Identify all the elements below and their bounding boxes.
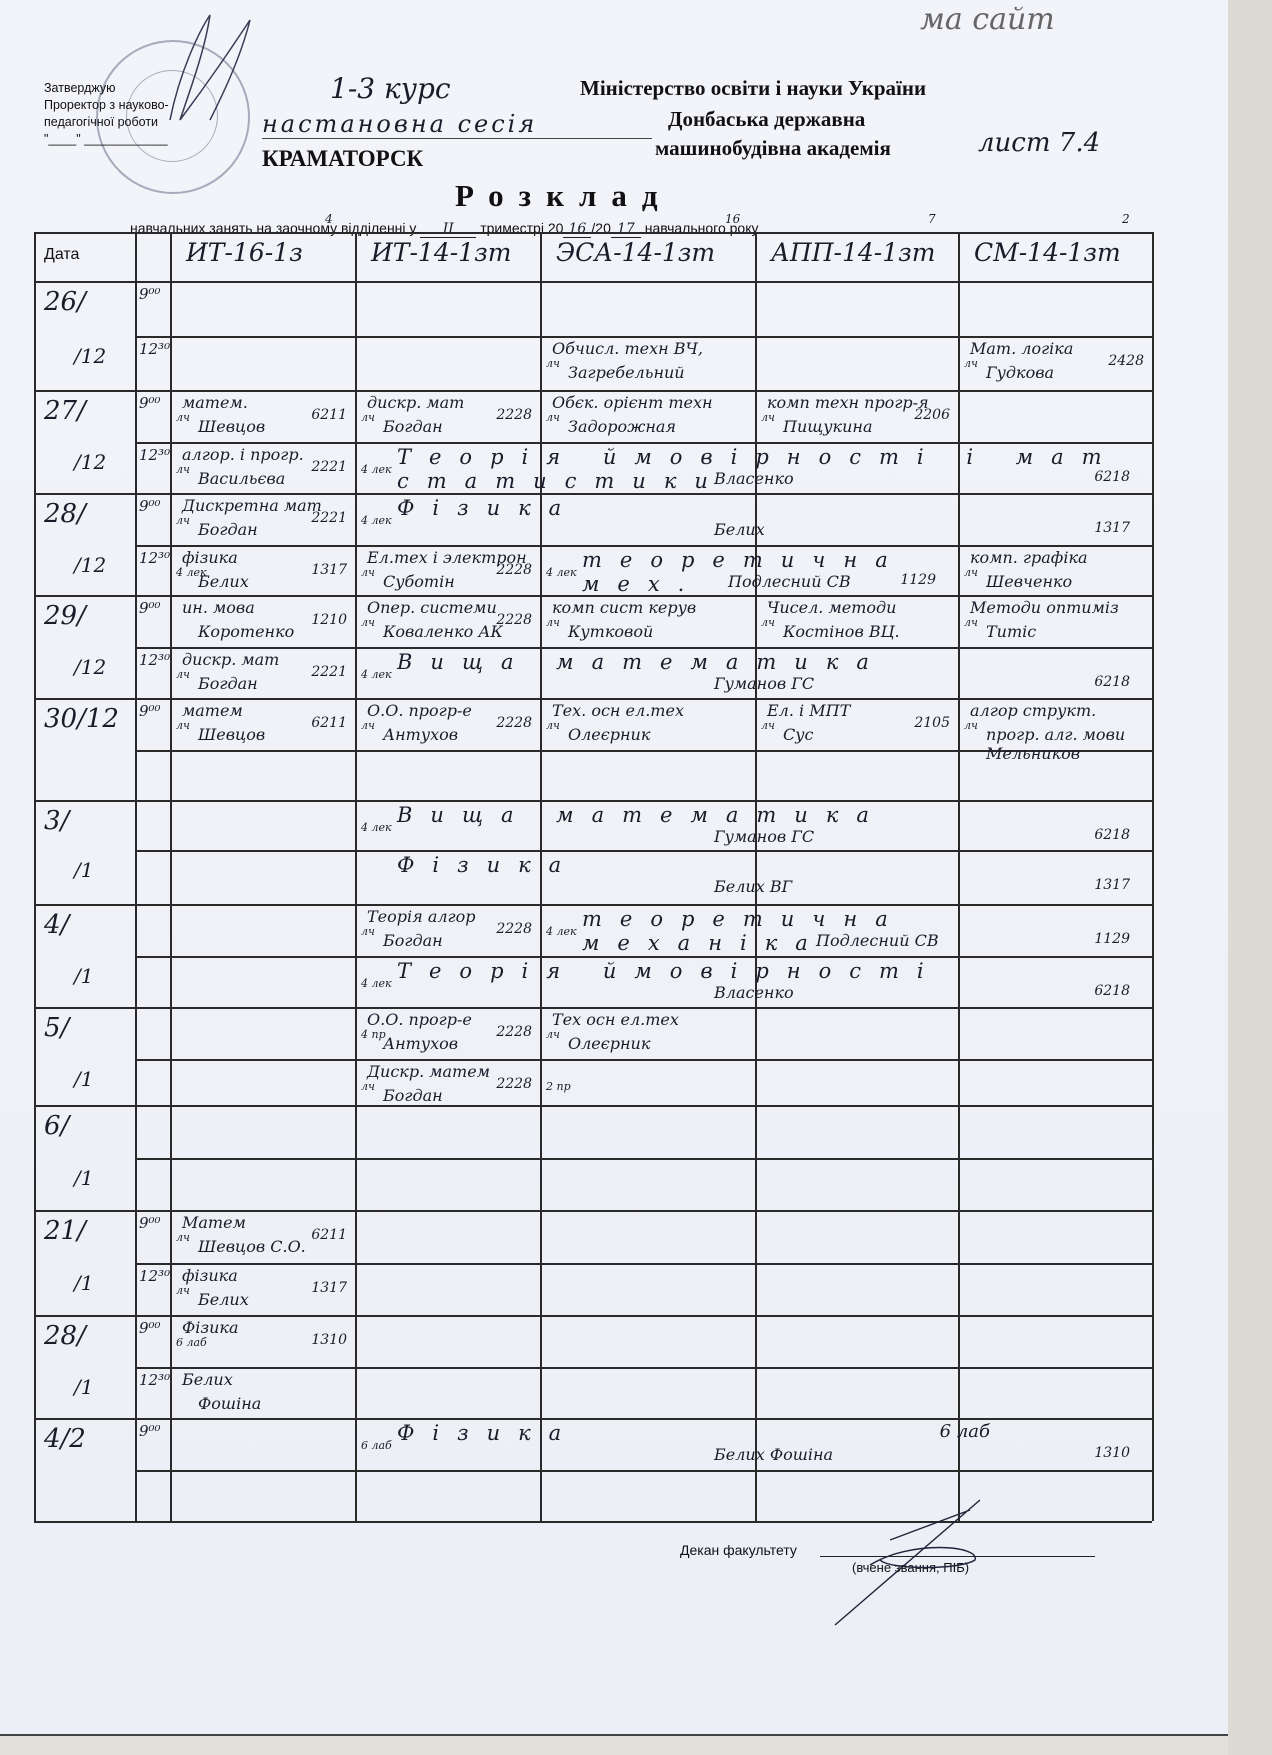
date-cell: 26/ <box>44 287 86 317</box>
approval-line4: "____" ____________ <box>44 131 169 148</box>
entry-teacher: Богдан <box>383 931 443 950</box>
time-slot: 9⁰⁰ <box>139 394 161 412</box>
entry-room: 1317 <box>1094 877 1130 893</box>
entry-type: лч <box>761 719 775 732</box>
entry-teacher: Коваленко АК <box>383 622 503 641</box>
entry-subject: Фізика <box>397 496 579 520</box>
entry-type: лч <box>176 668 190 681</box>
date-cell: 5/ <box>44 1013 69 1043</box>
entry-teacher: Кутковой <box>568 622 653 641</box>
entry-room: 2228 <box>496 1076 532 1092</box>
header-group: СМ-14-1зт <box>974 238 1121 267</box>
entry-teacher: Костінов ВЦ. <box>783 622 900 641</box>
entry-teacher: Антухов <box>383 1034 458 1053</box>
entry-room: 6218 <box>1094 674 1130 690</box>
entry-room: 1310 <box>311 1332 347 1348</box>
row-divider <box>34 1105 1152 1107</box>
entry-teacher: Фошіна <box>198 1394 261 1413</box>
entry-type: 4 лек <box>546 566 577 579</box>
entry-room: 2228 <box>496 1024 532 1040</box>
entry-subject: фізика <box>182 1266 238 1285</box>
entry-subject: Фізика <box>397 1421 579 1445</box>
entry-type: лч <box>546 719 560 732</box>
date-cell: 4/ <box>44 910 69 940</box>
entry-teacher: Подлесний СВ <box>816 931 939 950</box>
schedule-entry[interactable]: алгор. і прогр.лчВасильєва2221 <box>172 443 353 492</box>
entry-room: 2206 <box>914 407 950 423</box>
time-slot: 12³⁰ <box>139 340 170 358</box>
header-group: ИТ-14-1зт <box>371 238 511 267</box>
entry-teacher: Гуманов ГС <box>714 674 814 693</box>
academy-line1: Донбаська державна <box>668 107 865 132</box>
entry-teacher: Олеєрник <box>568 1034 650 1053</box>
entry-type: лч <box>964 616 978 629</box>
entry-subject: комп сист керув <box>552 598 696 617</box>
schedule-entry[interactable]: Фізика6 лаб1310 <box>172 1316 353 1366</box>
entry-teacher: Шевцов <box>198 417 265 436</box>
schedule-entry[interactable]: Дискр. матемлчБогдан2228 <box>357 1060 538 1104</box>
time-slot: 9⁰⁰ <box>139 1214 161 1232</box>
entry-subject: Чисел. методи <box>767 598 896 617</box>
entry-subject: Тех осн ел.тех <box>552 1010 679 1029</box>
entry-room: 2221 <box>311 459 347 475</box>
schedule-entry[interactable]: фізика4 лекБелих1317 <box>172 546 353 594</box>
entry-subject: Вища математика <box>397 803 887 827</box>
approval-line1: Затверджую <box>44 80 169 97</box>
entry-teacher: Богдан <box>198 674 258 693</box>
scan-edge <box>1228 0 1272 1755</box>
entry-subject: Матем <box>182 1213 246 1232</box>
entry-type: лч <box>546 357 560 370</box>
schedule-entry[interactable]: матемлчШевцов6211 <box>172 699 353 749</box>
schedule-entry[interactable]: Фізика4 лекБелих1317 <box>357 494 1150 544</box>
entry-subject: Ел. і МПТ <box>767 701 850 720</box>
time-slot: 12³⁰ <box>139 1371 170 1389</box>
entry-room: 2228 <box>496 612 532 628</box>
entry-room: 6211 <box>311 1227 347 1243</box>
time-slot: 9⁰⁰ <box>139 285 161 303</box>
entry-teacher: Пищукина <box>783 417 873 436</box>
schedule-entry[interactable]: Тех осн ел.техлчОлеєрник <box>542 1008 753 1058</box>
schedule-entry[interactable]: теоретична мех.4 лекПодлесний СВ1129 <box>542 546 956 594</box>
schedule-entry[interactable]: Теорія ймовірності і мат статистики4 лек… <box>357 443 1150 492</box>
entry-room: 1317 <box>311 562 347 578</box>
entry-subject: Методи оптиміз <box>970 598 1119 617</box>
entry-type: лч <box>964 566 978 579</box>
entry-type: лч <box>176 411 190 424</box>
schedule-entry[interactable]: О.О. прогр-елчАнтухов2228 <box>357 699 538 749</box>
schedule-entry[interactable]: комп техн прогр-ялчПищукина2206 <box>757 391 956 441</box>
entry-teacher: Белих <box>714 520 765 539</box>
schedule-entry[interactable]: ин. моваКоротенко1210 <box>172 596 353 646</box>
date-cell: 6/ <box>44 1111 69 1141</box>
entry-subject: Мат. логіка <box>970 339 1073 358</box>
entry-teacher: Коротенко <box>198 622 294 641</box>
schedule-entry[interactable]: Методи оптимізлчТитіс <box>960 596 1150 646</box>
session-label: настановна сесія <box>262 110 652 139</box>
entry-teacher: Васильєва <box>198 469 285 488</box>
entry-teacher: Богдан <box>383 417 443 436</box>
schedule-entry[interactable]: Чисел. методилчКостінов ВЦ. <box>757 596 956 646</box>
date-cell: 30/12 <box>44 704 119 734</box>
entry-subject: дискр. мат <box>182 650 279 669</box>
entry-teacher: Белих Фошіна <box>714 1445 833 1464</box>
date-cell-month: /1 <box>74 964 93 988</box>
entry-type: лч <box>176 1284 190 1297</box>
entry-type: 4 лек <box>361 977 392 990</box>
column-divider <box>135 232 137 1521</box>
entry-subject: Фізика <box>182 1318 239 1337</box>
entry-subject: Тех. осн ел.тех <box>552 701 684 720</box>
header-date: Дата <box>44 246 79 264</box>
time-slot: 9⁰⁰ <box>139 497 161 515</box>
entry-type: лч <box>546 1028 560 1041</box>
dean-label: Декан факультету <box>680 1542 797 1558</box>
entry-type: 4 пр <box>361 1028 386 1041</box>
entry-teacher: Сус <box>783 725 813 744</box>
date-cell-month: /12 <box>74 553 106 577</box>
entry-subject: Теорія алгор <box>367 907 476 926</box>
entry-teacher: Белих ВГ <box>714 877 792 896</box>
entry-subject: комп. графіка <box>970 548 1088 567</box>
header-group: ЭСА-14-1зт <box>556 238 715 267</box>
date-cell-month: /1 <box>74 1375 93 1399</box>
entry-room: 2428 <box>1108 353 1144 369</box>
academy-line2: машинобудівна академія <box>655 136 891 161</box>
entry-type: лч <box>361 616 375 629</box>
entry-note: 6 лаб <box>940 1421 990 1442</box>
schedule-entry[interactable]: Обчисл. техн ВЧ,лчЗагребельний <box>542 337 753 389</box>
entry-room: 2221 <box>311 664 347 680</box>
document-title: Розклад <box>455 178 673 214</box>
entry-room: 1317 <box>311 1280 347 1296</box>
entry-room: 6218 <box>1094 983 1130 999</box>
entry-teacher: Богдан <box>198 520 258 539</box>
entry-subject: О.О. прогр-е <box>367 1010 472 1029</box>
entry-type: 4 лек <box>361 821 392 834</box>
ministry-name: Міністерство освіти і науки України <box>580 76 926 101</box>
entry-subject: Вища математика <box>397 650 887 674</box>
schedule-entry[interactable]: Фізика6 лабБелих Фошіна13106 лаб <box>357 1419 1150 1469</box>
dean-signature <box>830 1490 1000 1630</box>
schedule-entry[interactable]: Вища математика4 лекГуманов ГС6218 <box>357 801 1150 849</box>
entry-teacher: Белих <box>198 1290 249 1309</box>
entry-room: 6218 <box>1094 827 1130 843</box>
schedule-entry[interactable]: Вища математика4 лекГуманов ГС6218 <box>357 648 1150 697</box>
entry-teacher: Власенко <box>714 469 794 488</box>
entry-type: 6 лаб <box>176 1336 207 1349</box>
entry-teacher: Загребельний <box>568 363 685 382</box>
row-divider <box>135 1158 1152 1160</box>
entry-type: лч <box>761 616 775 629</box>
date-cell-month: /1 <box>74 858 93 882</box>
entry-type: 4 лек <box>361 668 392 681</box>
entry-teacher: Шевцов С.О. <box>198 1237 306 1256</box>
entry-subject: алгор. і прогр. <box>182 445 304 464</box>
time-slot: 9⁰⁰ <box>139 599 161 617</box>
entry-type: лч <box>361 719 375 732</box>
entry-teacher: Антухов <box>383 725 458 744</box>
entry-room: 2228 <box>496 407 532 423</box>
entry-room: 2228 <box>496 715 532 731</box>
entry-subject: дискр. мат <box>367 393 464 412</box>
row-divider <box>34 281 1152 283</box>
entry-subject: фізика <box>182 548 238 567</box>
entry-subject: Опер. системи <box>367 598 497 617</box>
entry-subject: Фізика <box>397 853 579 877</box>
date-cell: 28/ <box>44 1321 86 1351</box>
time-slot: 12³⁰ <box>139 1267 170 1285</box>
time-slot: 12³⁰ <box>139 446 170 464</box>
date-cell-month: /1 <box>74 1067 93 1091</box>
entry-type: лч <box>361 1080 375 1093</box>
header-group-count: 4 <box>325 212 333 226</box>
date-cell: 27/ <box>44 396 86 426</box>
entry-room: 1210 <box>311 612 347 628</box>
entry-subject: ин. мова <box>182 598 255 617</box>
scan-bottom-edge <box>0 1734 1228 1755</box>
schedule-entry[interactable]: Мат. логікалчГудкова2428 <box>960 337 1150 389</box>
entry-type: лч <box>546 616 560 629</box>
entry-teacher: Олеєрник <box>568 725 650 744</box>
entry-subject: алгор структ. <box>970 701 1096 720</box>
date-cell: 4/2 <box>44 1424 86 1454</box>
entry-type: лч <box>964 357 978 370</box>
entry-teacher: Титіс <box>986 622 1036 641</box>
entry-subject: Обчисл. техн ВЧ, <box>552 339 703 358</box>
entry-room: 6218 <box>1094 469 1130 485</box>
entry-subject: Дискретна мат <box>182 496 322 515</box>
entry-type: лч <box>761 411 775 424</box>
schedule-entry[interactable]: комп. графікалчШевченко <box>960 546 1150 594</box>
schedule-entry[interactable]: 2 пр <box>542 1060 753 1104</box>
corner-note: ма сайт <box>920 2 1055 37</box>
time-slot: 12³⁰ <box>139 651 170 669</box>
entry-room: 2228 <box>496 921 532 937</box>
course-label: 1-3 курс <box>330 72 451 105</box>
entry-room: 1310 <box>1094 1445 1130 1461</box>
schedule-entry[interactable]: Теорія алгорлчБогдан2228 <box>357 905 538 955</box>
entry-teacher: Белих <box>198 572 249 591</box>
date-cell-month: /12 <box>74 344 106 368</box>
entry-room: 6211 <box>311 407 347 423</box>
schedule-entry[interactable]: Теорія ймовірності4 лекВласенко6218 <box>357 957 1150 1006</box>
approval-block: Затверджую Проректор з науково- педагогі… <box>44 80 169 148</box>
entry-room: 1129 <box>1094 931 1130 947</box>
entry-teacher: Гудкова <box>986 363 1054 382</box>
entry-teacher: Задорожная <box>568 417 676 436</box>
date-cell-month: /1 <box>74 1271 93 1295</box>
entry-subject: Обєк. орієнт техн <box>552 393 713 412</box>
approval-line3: педагогічної роботи <box>44 114 169 131</box>
entry-type: 6 лаб <box>361 1439 392 1452</box>
header-group: АПП-14-1зт <box>771 238 936 267</box>
schedule-entry[interactable]: Дискретна матлчБогдан2221 <box>172 494 353 544</box>
schedule-entry[interactable]: Обєк. орієнт технлчЗадорожная <box>542 391 753 441</box>
entry-teacher: Подлесний СВ <box>728 572 851 591</box>
schedule-entry[interactable]: комп сист керувлчКутковой <box>542 596 753 646</box>
entry-type: лч <box>361 925 375 938</box>
time-slot: 9⁰⁰ <box>139 702 161 720</box>
entry-teacher: Шевченко <box>986 572 1072 591</box>
entry-teacher: прогр. алг. мови Мельников <box>986 725 1150 763</box>
schedule-entry[interactable]: алгор структ.лчпрогр. алг. мови Мельнико… <box>960 699 1150 749</box>
date-cell: 21/ <box>44 1216 86 1246</box>
entry-type: 4 лек <box>361 463 392 476</box>
column-divider <box>1152 232 1154 1521</box>
entry-subject: Дискр. матем <box>367 1062 490 1081</box>
approval-line2: Проректор з науково- <box>44 97 169 114</box>
entry-teacher: Шевцов <box>198 725 265 744</box>
header-group: ИТ-16-1з <box>186 238 303 267</box>
time-slot: 12³⁰ <box>139 549 170 567</box>
date-cell-month: /12 <box>74 655 106 679</box>
schedule-entry[interactable]: ФізикаБелих ВГ1317 <box>357 851 1150 903</box>
entry-room: 2221 <box>311 510 347 526</box>
city-label: КРАМАТОРСК <box>262 146 423 172</box>
entry-room: 1317 <box>1094 520 1130 536</box>
row-divider <box>135 1470 1152 1472</box>
entry-teacher: Гуманов ГС <box>714 827 814 846</box>
schedule-entry[interactable]: БелихФошіна <box>172 1368 353 1417</box>
entry-type: лч <box>176 514 190 527</box>
entry-type: лч <box>176 719 190 732</box>
entry-room: 2105 <box>914 715 950 731</box>
entry-type: лч <box>546 411 560 424</box>
date-cell-month: /12 <box>74 450 106 474</box>
entry-type: лч <box>964 719 978 732</box>
entry-subject: матем <box>182 701 243 720</box>
schedule-entry[interactable]: матем.лчШевцов6211 <box>172 391 353 441</box>
date-cell-month: /1 <box>74 1166 93 1190</box>
column-divider <box>34 232 36 1521</box>
entry-subject: Белих <box>182 1370 233 1389</box>
entry-teacher: Власенко <box>714 983 794 1002</box>
header-group-count: 16 <box>725 212 740 226</box>
schedule-entry[interactable]: МатемлчШевцов С.О.6211 <box>172 1211 353 1262</box>
header-group-count: 7 <box>928 212 936 226</box>
entry-type: лч <box>361 411 375 424</box>
schedule-entry[interactable]: дискр. матлчБогдан2221 <box>172 648 353 697</box>
entry-type: 4 лек <box>361 514 392 527</box>
schedule-entry[interactable]: Ел. і МПТлчСус2105 <box>757 699 956 749</box>
date-cell: 3/ <box>44 806 69 836</box>
schedule-entry[interactable]: Опер. системилчКоваленко АК2228 <box>357 596 538 646</box>
entry-type: лч <box>176 463 190 476</box>
entry-type: 2 пр <box>546 1080 571 1093</box>
schedule-entry[interactable]: Ел.тех і электронлчСуботін2228 <box>357 546 538 594</box>
schedule-entry[interactable]: Тех. осн ел.техлчОлеєрник <box>542 699 753 749</box>
row-divider <box>34 232 1152 234</box>
entry-type: лч <box>361 566 375 579</box>
header-group-count: 2 <box>1122 212 1130 226</box>
entry-subject: комп техн прогр-я <box>767 393 929 412</box>
entry-room: 1129 <box>900 572 936 588</box>
time-slot: 9⁰⁰ <box>139 1422 161 1440</box>
entry-type: лч <box>176 1231 190 1244</box>
entry-room: 2228 <box>496 562 532 578</box>
schedule-table: ДатаИТ-16-1з4ИТ-14-1зтЭСА-14-1зт16АПП-14… <box>34 232 1152 1672</box>
schedule-entry[interactable]: теоретична механіка4 лекПодлесний СВ1129 <box>542 905 1150 955</box>
schedule-entry[interactable]: дискр. матлчБогдан2228 <box>357 391 538 441</box>
entry-teacher: Суботін <box>383 572 455 591</box>
date-cell: 28/ <box>44 499 86 529</box>
entry-subject: Теорія ймовірності <box>397 959 942 983</box>
date-cell: 29/ <box>44 601 86 631</box>
schedule-entry[interactable]: фізикалчБелих1317 <box>172 1264 353 1314</box>
time-slot: 9⁰⁰ <box>139 1319 161 1337</box>
entry-teacher: Богдан <box>383 1086 443 1105</box>
entry-type: 4 лек <box>546 925 577 938</box>
entry-subject: матем. <box>182 393 248 412</box>
sheet-number: лист 7.4 <box>978 128 1100 158</box>
entry-room: 6211 <box>311 715 347 731</box>
entry-subject: О.О. прогр-е <box>367 701 472 720</box>
schedule-entry[interactable]: О.О. прогр-е4 прАнтухов2228 <box>357 1008 538 1058</box>
